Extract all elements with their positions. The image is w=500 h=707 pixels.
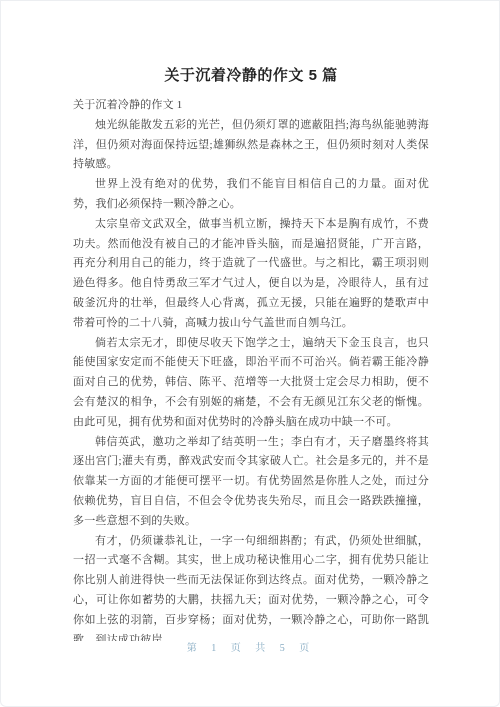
page-pagination: 第 1 页 共 5 页 — [1, 642, 499, 656]
essay-paragraph: 太宗皇帝文武双全，做事当机立断，操持天下本是胸有成竹，不费功夫。然而他没有被自己… — [73, 215, 429, 334]
document-title: 关于沉着冷静的作文 5 篇 — [73, 65, 429, 87]
essay-paragraph: 倘若太宗无才，即使尽收天下饱学之士，遍纳天下金玉良言，也只能使国家安定而不能使天… — [73, 334, 429, 433]
essay-paragraph: 有才，仍须谦恭礼让，一字一句细细斟酌；有武，仍须处世细腻，一招一式毫不含糊。其实… — [73, 532, 429, 641]
document-page: 关于沉着冷静的作文 5 篇 关于沉着冷静的作文 1烛光纵能散发五彩的光芒，但仍须… — [1, 1, 499, 706]
document-body: 关于沉着冷静的作文 1烛光纵能散发五彩的光芒，但仍须灯罩的遮蔽阻挡;海鸟纵能驰骋… — [73, 96, 429, 641]
essay-paragraph: 韩信英武，邀功之举却了结英明一生；李白有才，天子磨墨终将其逐出宫门;灌夫有勇，醉… — [73, 433, 429, 532]
essay-subheading: 关于沉着冷静的作文 1 — [73, 96, 429, 116]
essay-paragraph: 烛光纵能散发五彩的光芒，但仍须灯罩的遮蔽阻挡;海鸟纵能驰骋海洋，但仍须对海面保持… — [73, 116, 429, 175]
essay-paragraph: 世界上没有绝对的优势，我们不能盲目相信自己的力量。面对优势，我们必须保持一颗冷静… — [73, 175, 429, 215]
document-viewport: 关于沉着冷静的作文 5 篇 关于沉着冷静的作文 1烛光纵能散发五彩的光芒，但仍须… — [0, 0, 500, 707]
